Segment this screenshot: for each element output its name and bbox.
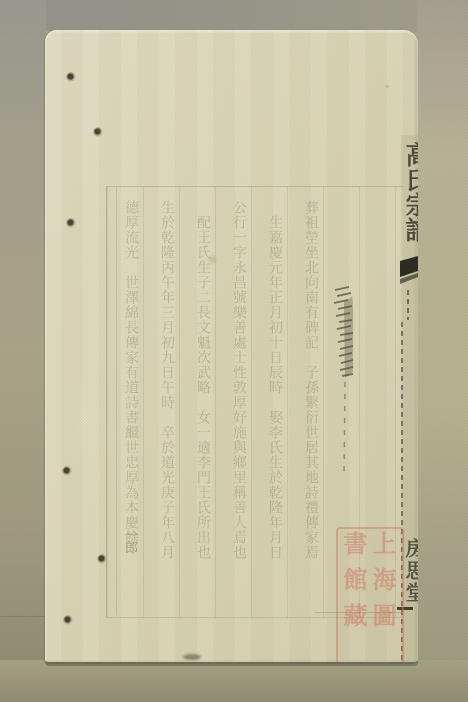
fishtail-icon bbox=[400, 256, 418, 292]
backing-paper-top bbox=[0, 0, 468, 31]
backing-paper-bottom bbox=[0, 660, 468, 702]
binding-hole bbox=[66, 72, 76, 82]
ghost-text-column: 公行一字永昌號樂善處士性敦厚好施與鄉里稱善人焉也 bbox=[231, 200, 247, 624]
backing-crease bbox=[0, 616, 46, 617]
fold-stitch-line bbox=[407, 290, 409, 320]
stain bbox=[183, 654, 201, 660]
page-leaf: 德厚流光 世澤綿長傳家有道詩書繼世忠厚為本慶餘 生於乾隆丙午年三月初九日午時 卒… bbox=[45, 30, 418, 664]
backing-paper-left bbox=[0, 0, 46, 702]
binding-hole bbox=[97, 554, 107, 564]
seal-text-column: 上海圖 bbox=[368, 531, 396, 657]
stain bbox=[65, 360, 105, 480]
binding-hole bbox=[66, 218, 76, 228]
ghost-text-accent: 一郎 bbox=[122, 528, 137, 578]
ghost-text-column: 配王氏生子二長文魁次武略 女一適李門王氏所出也 bbox=[195, 200, 211, 624]
binding-hole bbox=[63, 615, 73, 625]
binding-hole bbox=[93, 127, 103, 137]
seal-text-column: 書館藏 bbox=[339, 531, 367, 657]
ghost-text-column: 生於乾隆丙午年三月初九日午時 卒於道光庚子年八月 bbox=[159, 200, 175, 624]
ghost-text-column: 葬祖塋坐北向南有碑記 子孫繁衍世居其地詩禮傳家焉 bbox=[303, 200, 319, 624]
backing-paper-right bbox=[417, 0, 468, 702]
scanned-book-page: 德厚流光 世澤綿長傳家有道詩書繼世忠厚為本慶餘 生於乾隆丙午年三月初九日午時 卒… bbox=[0, 0, 468, 702]
ghost-text-column: 生嘉慶元年正月初十日辰時 娶李氏生於乾隆年月日 bbox=[267, 200, 283, 624]
spine-title: 高氏宗譜 bbox=[399, 142, 418, 274]
binding-hole bbox=[62, 466, 72, 476]
stain bbox=[385, 84, 390, 89]
ghost-frame-inner-rule bbox=[116, 187, 117, 615]
